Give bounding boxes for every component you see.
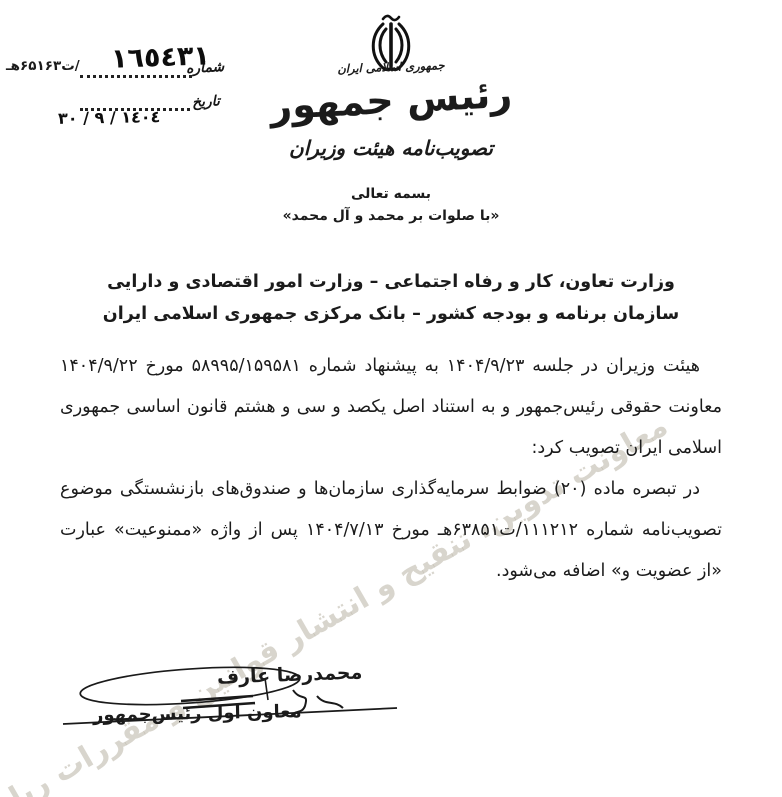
handwritten-date: ١٤٠٤ / ٩ / ٣٠	[58, 107, 161, 128]
letterhead-meta-block: شماره ١٦٥٤٣١ /ت۶۵۱۶۳هـ تاریخ ١٤٠٤ / ٩ / …	[6, 44, 238, 140]
number-dotted-line	[80, 74, 192, 78]
handwritten-document-number: ١٦٥٤٣١	[111, 40, 211, 74]
decree-document-page: معاونت تدوین، تنقیح و انتشار قوانین و مق…	[0, 0, 782, 797]
signer-name: محمدرضا عارف	[217, 661, 363, 688]
president-office-calligraphy: رئیس جمهور	[240, 70, 542, 130]
recipients-block: وزارت تعاون، کار و رفاه اجتماعی – وزارت …	[61, 266, 721, 330]
decree-body: هیئت وزیران در جلسه ۱۴۰۴/۹/۲۳ به پیشنهاد…	[60, 346, 722, 592]
body-paragraph-1: هیئت وزیران در جلسه ۱۴۰۴/۹/۲۳ به پیشنهاد…	[60, 346, 722, 469]
signer-title: معاون اول رئیس‌جمهور	[93, 701, 302, 726]
recipient-line-1: وزارت تعاون، کار و رفاه اجتماعی – وزارت …	[61, 266, 721, 298]
besmeleh-line: بسمه تعالی	[291, 186, 491, 202]
signature-block: محمدرضا عارف معاون اول رئیس‌جمهور	[55, 648, 475, 788]
recipient-line-2: سازمان برنامه و بودجه کشور – بانک مرکزی …	[61, 298, 721, 330]
salawat-line: «با صلوات بر محمد و آل محمد»	[241, 208, 541, 224]
document-number-suffix: /ت۶۵۱۶۳هـ	[6, 58, 80, 74]
body-paragraph-2: در تبصره ماده (۲۰) ضوابط سرمایه‌گذاری سا…	[60, 469, 722, 592]
date-label: تاریخ	[192, 93, 221, 110]
document-type-title: تصویب‌نامه هیئت وزیران	[241, 136, 541, 160]
